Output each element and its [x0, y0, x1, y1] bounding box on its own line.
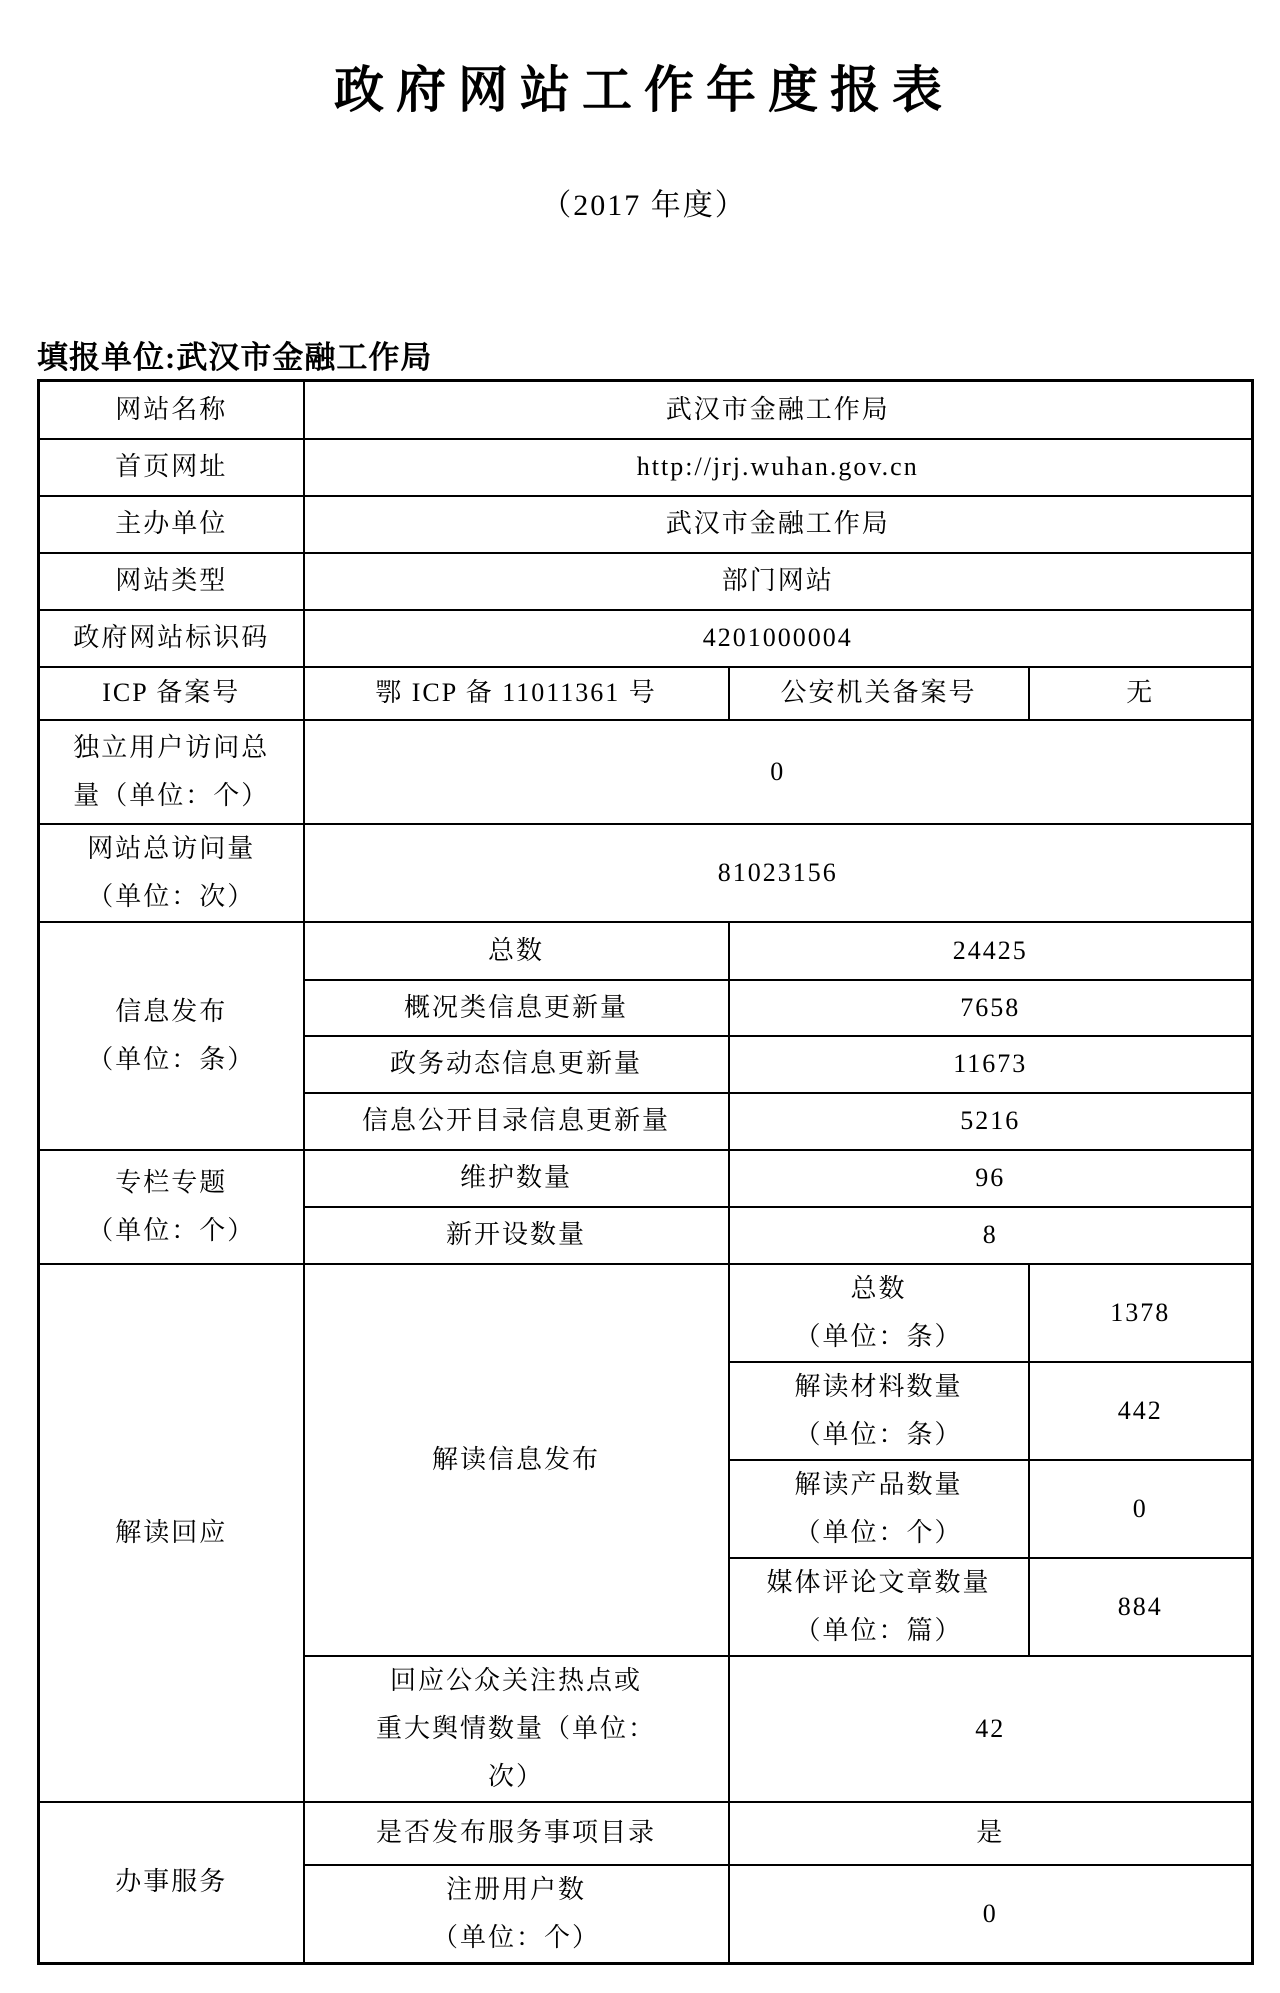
report-page: 政府网站工作年度报表 （2017 年度） 填报单位:武汉市金融工作局 网站名称 … — [37, 0, 1251, 1993]
interpret-publish-label: 解读信息发布 — [304, 1264, 729, 1656]
column-maintain-label: 维护数量 — [304, 1150, 729, 1207]
interpret-section-label: 解读回应 — [39, 1264, 304, 1802]
table-row: 网站总访问量 （单位：次） 81023156 — [39, 824, 1253, 922]
column-new-value: 8 — [729, 1207, 1253, 1264]
service-directory-value: 是 — [729, 1802, 1253, 1865]
table-row: 政府网站标识码 4201000004 — [39, 610, 1253, 667]
info-gov-news-value: 11673 — [729, 1036, 1253, 1093]
interpret-product-value: 0 — [1029, 1460, 1253, 1558]
page-subtitle: （2017 年度） — [37, 180, 1251, 224]
media-comment-label: 媒体评论文章数量 （单位：篇） — [729, 1558, 1029, 1656]
info-total-label: 总数 — [304, 922, 729, 980]
media-comment-value: 884 — [1029, 1558, 1253, 1656]
table-row: 独立用户访问总 量（单位：个） 0 — [39, 720, 1253, 824]
table-row: 首页网址 http://jrj.wuhan.gov.cn — [39, 439, 1253, 496]
total-visits-value: 81023156 — [304, 824, 1253, 922]
service-section-label: 办事服务 — [39, 1802, 304, 1964]
info-overview-value: 7658 — [729, 980, 1253, 1036]
info-directory-value: 5216 — [729, 1093, 1253, 1150]
hotspot-response-label: 回应公众关注热点或 重大舆情数量（单位： 次） — [304, 1656, 729, 1802]
info-total-value: 24425 — [729, 922, 1253, 980]
interpret-material-label: 解读材料数量 （单位：条） — [729, 1362, 1029, 1460]
table-row: 专栏专题 （单位：个） 维护数量 96 — [39, 1150, 1253, 1207]
table-row: 办事服务 是否发布服务事项目录 是 — [39, 1802, 1253, 1865]
table-row: 网站类型 部门网站 — [39, 553, 1253, 610]
table-row: 主办单位 武汉市金融工作局 — [39, 496, 1253, 553]
icp-label: ICP 备案号 — [39, 667, 304, 720]
site-type-value: 部门网站 — [304, 553, 1253, 610]
police-record-label: 公安机关备案号 — [729, 667, 1029, 720]
info-publish-section-label: 信息发布 （单位：条） — [39, 922, 304, 1150]
special-column-section-label: 专栏专题 （单位：个） — [39, 1150, 304, 1264]
site-name-value: 武汉市金融工作局 — [304, 381, 1253, 439]
sponsor-value: 武汉市金融工作局 — [304, 496, 1253, 553]
interpret-total-label: 总数 （单位：条） — [729, 1264, 1029, 1362]
site-type-label: 网站类型 — [39, 553, 304, 610]
hotspot-response-value: 42 — [729, 1656, 1253, 1802]
registered-users-value: 0 — [729, 1865, 1253, 1964]
info-gov-news-label: 政务动态信息更新量 — [304, 1036, 729, 1093]
page-title: 政府网站工作年度报表 — [37, 50, 1251, 122]
home-url-value: http://jrj.wuhan.gov.cn — [304, 439, 1253, 496]
table-row: 解读回应 解读信息发布 总数 （单位：条） 1378 — [39, 1264, 1253, 1362]
site-name-label: 网站名称 — [39, 381, 304, 439]
site-id-value: 4201000004 — [304, 610, 1253, 667]
police-record-value: 无 — [1029, 667, 1253, 720]
unique-visitors-label: 独立用户访问总 量（单位：个） — [39, 720, 304, 824]
info-overview-label: 概况类信息更新量 — [304, 980, 729, 1036]
site-id-label: 政府网站标识码 — [39, 610, 304, 667]
home-url-label: 首页网址 — [39, 439, 304, 496]
table-row: 信息发布 （单位：条） 总数 24425 — [39, 922, 1253, 980]
interpret-total-value: 1378 — [1029, 1264, 1253, 1362]
column-maintain-value: 96 — [729, 1150, 1253, 1207]
interpret-product-label: 解读产品数量 （单位：个） — [729, 1460, 1029, 1558]
icp-value: 鄂 ICP 备 11011361 号 — [304, 667, 729, 720]
registered-users-label: 注册用户数 （单位：个） — [304, 1865, 729, 1964]
total-visits-label: 网站总访问量 （单位：次） — [39, 824, 304, 922]
table-row: 网站名称 武汉市金融工作局 — [39, 381, 1253, 439]
column-new-label: 新开设数量 — [304, 1207, 729, 1264]
report-table: 网站名称 武汉市金融工作局 首页网址 http://jrj.wuhan.gov.… — [37, 379, 1254, 1965]
info-directory-label: 信息公开目录信息更新量 — [304, 1093, 729, 1150]
reporting-unit: 填报单位:武汉市金融工作局 — [37, 332, 1251, 377]
sponsor-label: 主办单位 — [39, 496, 304, 553]
service-directory-label: 是否发布服务事项目录 — [304, 1802, 729, 1865]
unique-visitors-value: 0 — [304, 720, 1253, 824]
interpret-material-value: 442 — [1029, 1362, 1253, 1460]
table-row: ICP 备案号 鄂 ICP 备 11011361 号 公安机关备案号 无 — [39, 667, 1253, 720]
